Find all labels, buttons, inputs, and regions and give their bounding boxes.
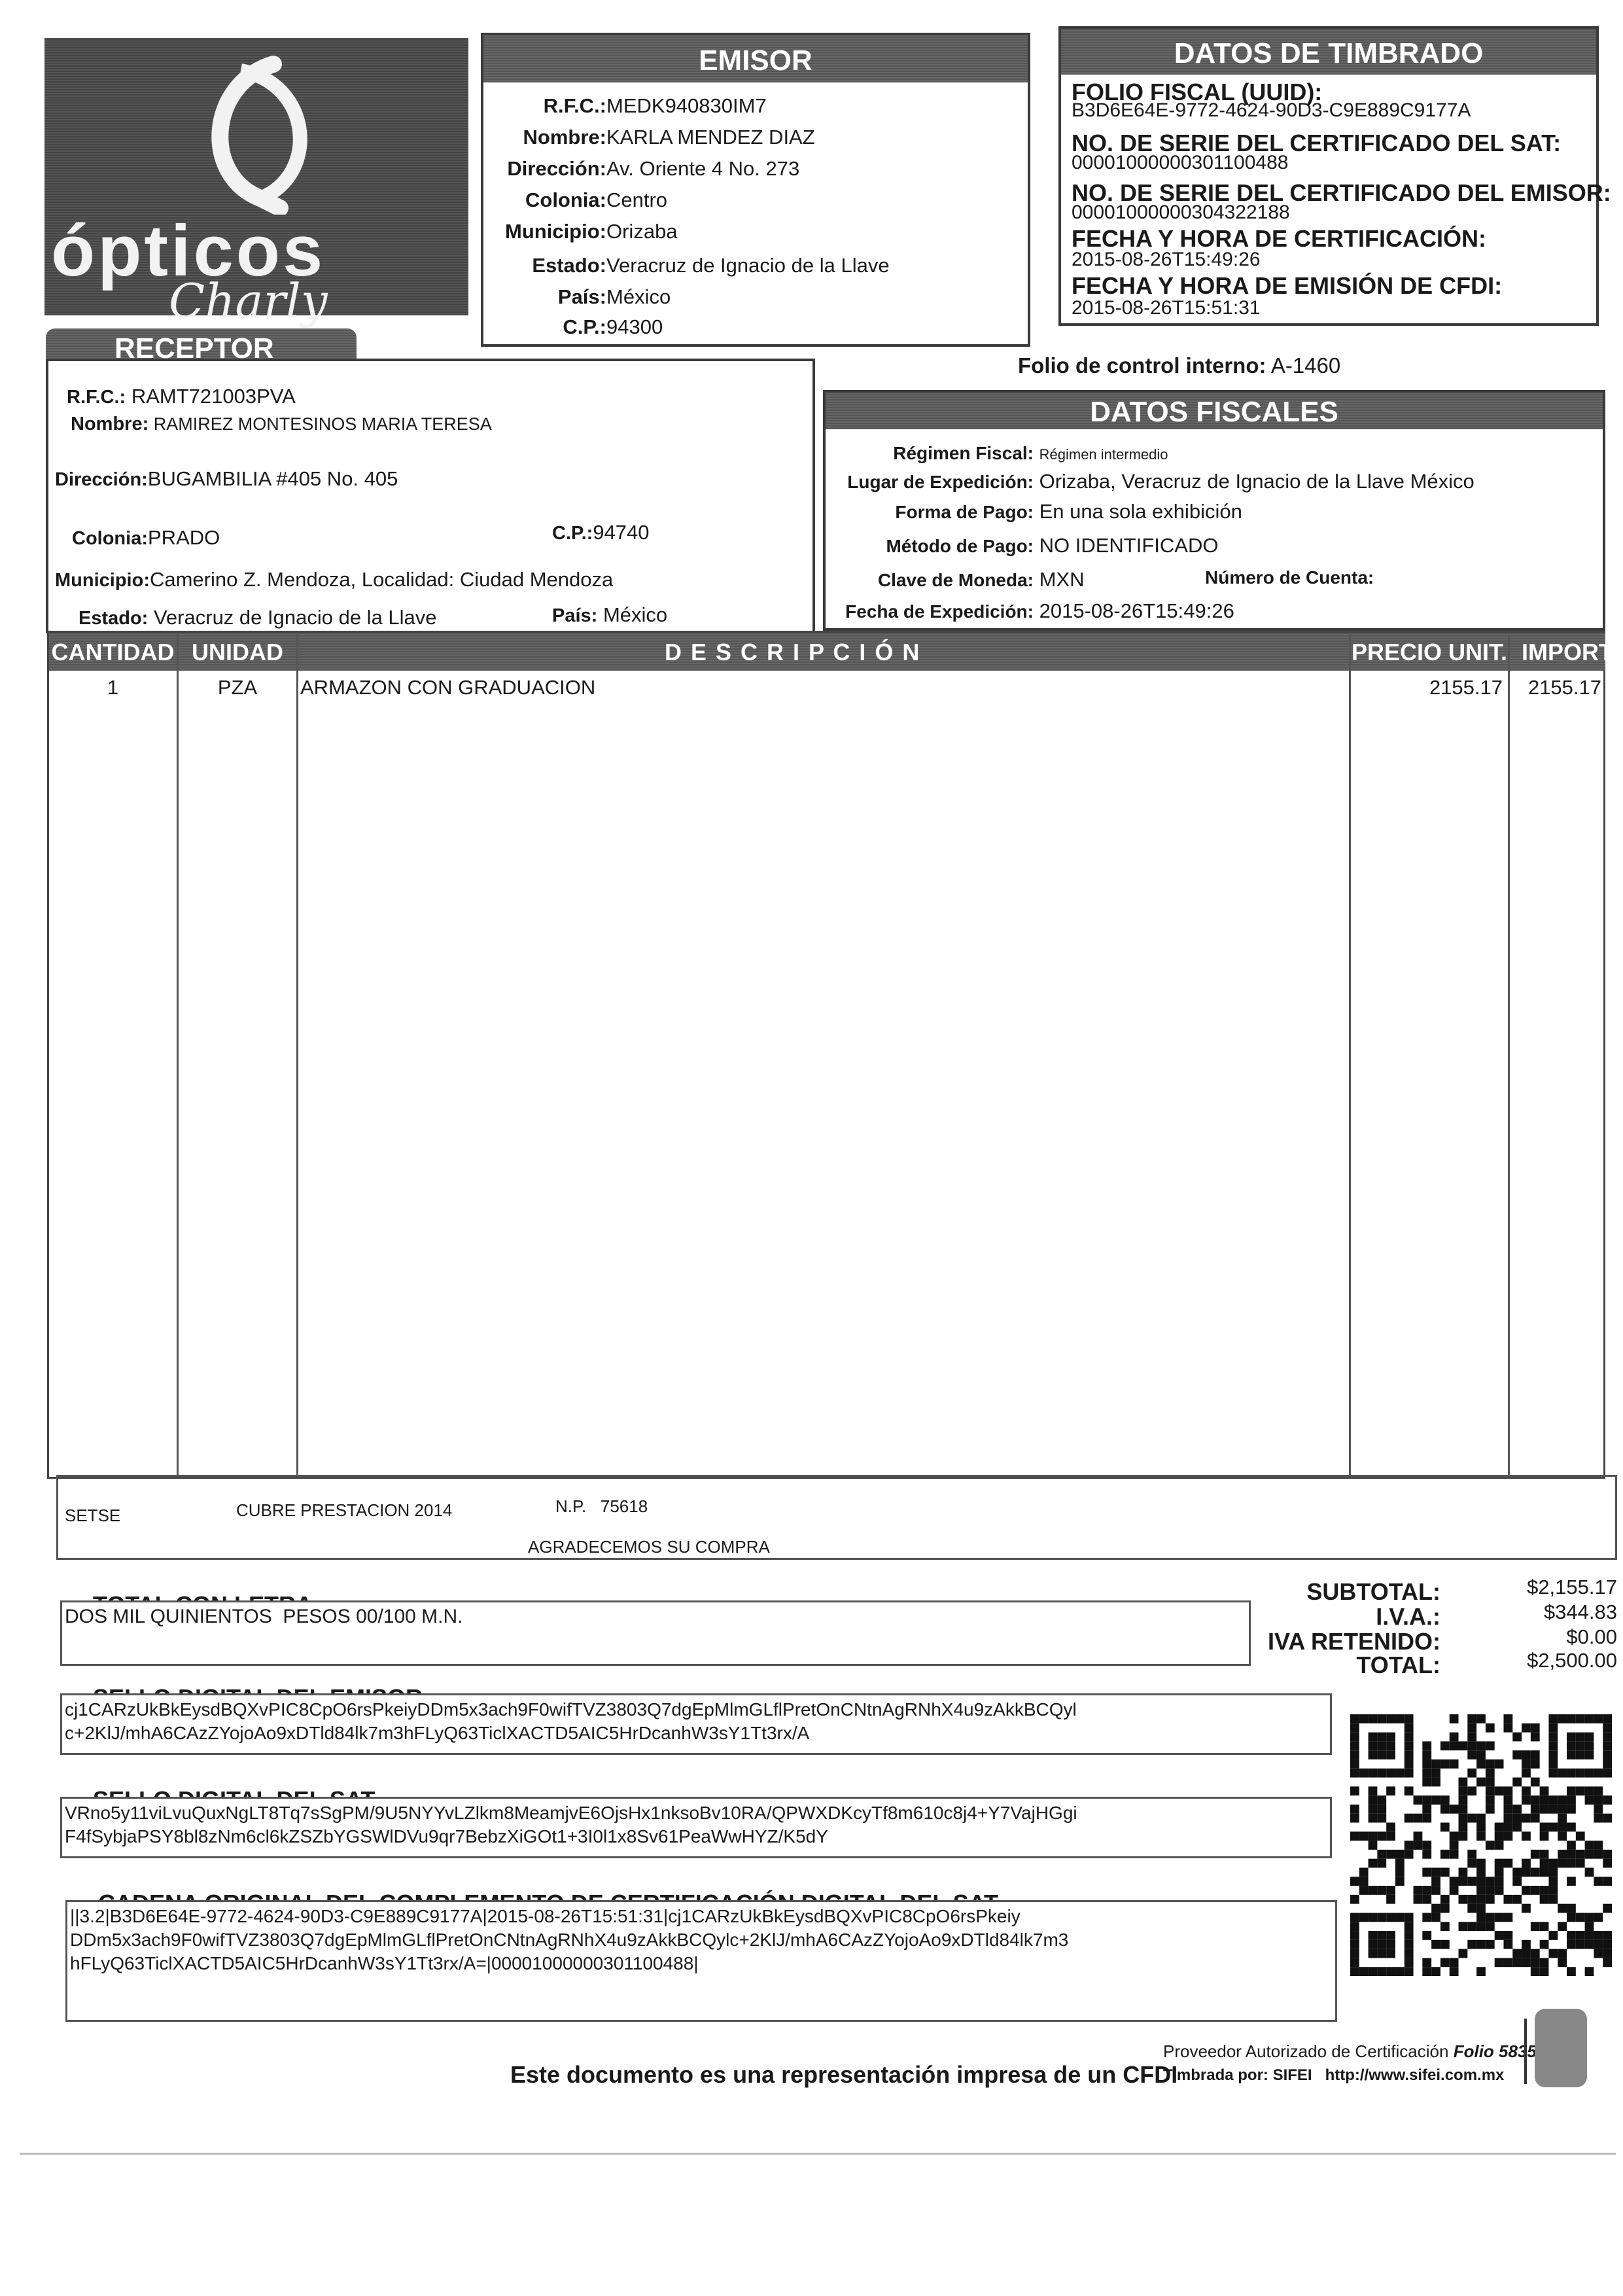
receptor-nombre: Nombre: RAMIREZ MONTESINOS MARIA TERESA (71, 414, 492, 435)
clave-moneda: Clave de Moneda: MXN (826, 568, 1085, 592)
emisor-colonia: Colonia:Centro (489, 188, 667, 212)
timbrado-section: DATOS DE TIMBRADO FOLIO FISCAL (UUID): B… (1058, 26, 1599, 326)
metodo-pago: Método de Pago: NO IDENTIFICADO (826, 534, 1218, 557)
folio-control-interno: Folio de control interno: A-1460 (1018, 353, 1340, 378)
note-np: N.P. 75618 (555, 1496, 648, 1517)
item-unidad: PZA (179, 676, 296, 699)
scan-edge-line (20, 2153, 1616, 2155)
receptor-estado: Estado: Veracruz de Ignacio de la Llave (79, 606, 437, 629)
items-table: CANTIDAD UNIDAD D E S C R I P C I Ó N PR… (47, 631, 1605, 1479)
note-setse: SETSE (65, 1506, 120, 1526)
emisor-section: EMISOR R.F.C.:MEDK940830IM7 Nombre:KARLA… (481, 33, 1030, 347)
datos-fiscales-section: DATOS FISCALES Régimen Fiscal: Régimen i… (823, 390, 1605, 631)
factura-electronica-logo-icon (1535, 2009, 1587, 2087)
col-unidad-header: UNIDAD (179, 633, 296, 671)
timbrado-title: DATOS DE TIMBRADO (1061, 29, 1596, 75)
fecha-emision-value: 2015-08-26T15:51:31 (1072, 297, 1261, 319)
emisor-pais: País:México (489, 285, 671, 309)
col-importe-header: IMPORTE (1510, 633, 1605, 671)
eye-logo-icon (182, 51, 332, 215)
cert-emisor-value: 00001000000304322188 (1072, 202, 1290, 224)
receptor-section: R.F.C.: RAMT721003PVA Nombre: RAMIREZ MO… (46, 359, 815, 633)
emisor-rfc: R.F.C.:MEDK940830IM7 (489, 94, 767, 118)
total-letra-value: DOS MIL QUINIENTOS PESOS 00/100 M.N. (65, 1605, 1244, 1629)
sello-emisor-value: cj1CARzUkBkEysdBQXvPIC8CpO6rsPkeiyDDm5x3… (65, 1698, 1325, 1745)
emisor-estado: Estado:Veracruz de Ignacio de la Llave (489, 254, 890, 277)
sello-sat-box: VRno5y11viLvuQuxNgLT8Tq7sSgPM/9U5NYYvLZl… (60, 1797, 1332, 1858)
emisor-cp: C.P.:94300 (489, 315, 663, 339)
numero-cuenta: Número de Cuenta: (1205, 564, 1374, 589)
emisor-municipio: Municipio:Orizaba (489, 220, 678, 243)
company-logo: ópticos Charly (44, 38, 468, 315)
fecha-cert-value: 2015-08-26T15:49:26 (1072, 249, 1261, 271)
pac-divider (1524, 2019, 1527, 2084)
col-precio-header: PRECIO UNIT. (1351, 633, 1508, 671)
emisor-title: EMISOR (483, 35, 1028, 82)
cfdi-legend: Este documento es una representación imp… (510, 2061, 1178, 2089)
note-agradecimiento: AGRADECEMOS SU COMPRA (528, 1537, 770, 1557)
emisor-nombre: Nombre:KARLA MENDEZ DIAZ (489, 126, 815, 149)
receptor-rfc: R.F.C.: RAMT721003PVA (67, 385, 296, 408)
uuid-value: B3D6E64E-9772-4624-90D3-C9E889C9177A (1072, 99, 1471, 122)
note-prestacion: CUBRE PRESTACION 2014 (236, 1500, 452, 1521)
item-cantidad: 1 (49, 676, 177, 699)
item-precio: 2155.17 (1351, 676, 1503, 699)
fiscales-title: DATOS FISCALES (826, 393, 1603, 429)
logo-script-text: Charly (169, 274, 328, 328)
pac-line-2: Timbrada por: SIFEI http://www.sifei.com… (1163, 2066, 1504, 2085)
item-importe: 2155.17 (1510, 676, 1601, 699)
sello-emisor-box: cj1CARzUkBkEysdBQXvPIC8CpO6rsPkeiyDDm5x3… (60, 1693, 1332, 1755)
lugar-expedicion: Lugar de Expedición: Orizaba, Veracruz d… (826, 470, 1475, 493)
receptor-direccion: Dirección:BUGAMBILIA #405 No. 405 (55, 467, 398, 491)
cadena-original-value: ||3.2|B3D6E64E-9772-4624-90D3-C9E889C917… (70, 1905, 1330, 1975)
notes-box: SETSE CUBRE PRESTACION 2014 N.P. 75618 A… (56, 1475, 1617, 1560)
item-descripcion: ARMAZON CON GRADUACION (300, 676, 595, 699)
sello-sat-value: VRno5y11viLvuQuxNgLT8Tq7sSgPM/9U5NYYvLZl… (65, 1801, 1325, 1848)
totals-block: SUBTOTAL:$2,155.17 I.V.A.:$344.83 IVA RE… (1205, 1570, 1623, 1688)
receptor-colonia: Colonia:PRADO (72, 526, 220, 550)
total-letra-box: DOS MIL QUINIENTOS PESOS 00/100 M.N. (60, 1600, 1251, 1666)
cadena-original-box: ||3.2|B3D6E64E-9772-4624-90D3-C9E889C917… (65, 1900, 1337, 2022)
receptor-cp: C.P.:94740 (552, 521, 650, 544)
forma-pago: Forma de Pago: En una sola exhibición (826, 500, 1242, 523)
col-cantidad-header: CANTIDAD (49, 633, 177, 671)
receptor-municipio: Municipio:Camerino Z. Mendoza, Localidad… (55, 568, 613, 592)
fecha-emision-label: FECHA Y HORA DE EMISIÓN DE CFDI: (1072, 272, 1502, 300)
receptor-pais: País: México (552, 603, 667, 627)
emisor-direccion: Dirección:Av. Oriente 4 No. 273 (489, 157, 799, 181)
qr-code-icon (1344, 1714, 1618, 1976)
regimen-fiscal: Régimen Fiscal: Régimen intermedio (826, 441, 1168, 465)
col-descripcion-header: D E S C R I P C I Ó N (298, 633, 1349, 671)
pac-line-1: Proveedor Autorizado de Certificación Fo… (1163, 2041, 1546, 2062)
fecha-expedicion: Fecha de Expedición: 2015-08-26T15:49:26 (826, 599, 1234, 623)
cert-sat-value: 00001000000301100488 (1072, 152, 1288, 174)
